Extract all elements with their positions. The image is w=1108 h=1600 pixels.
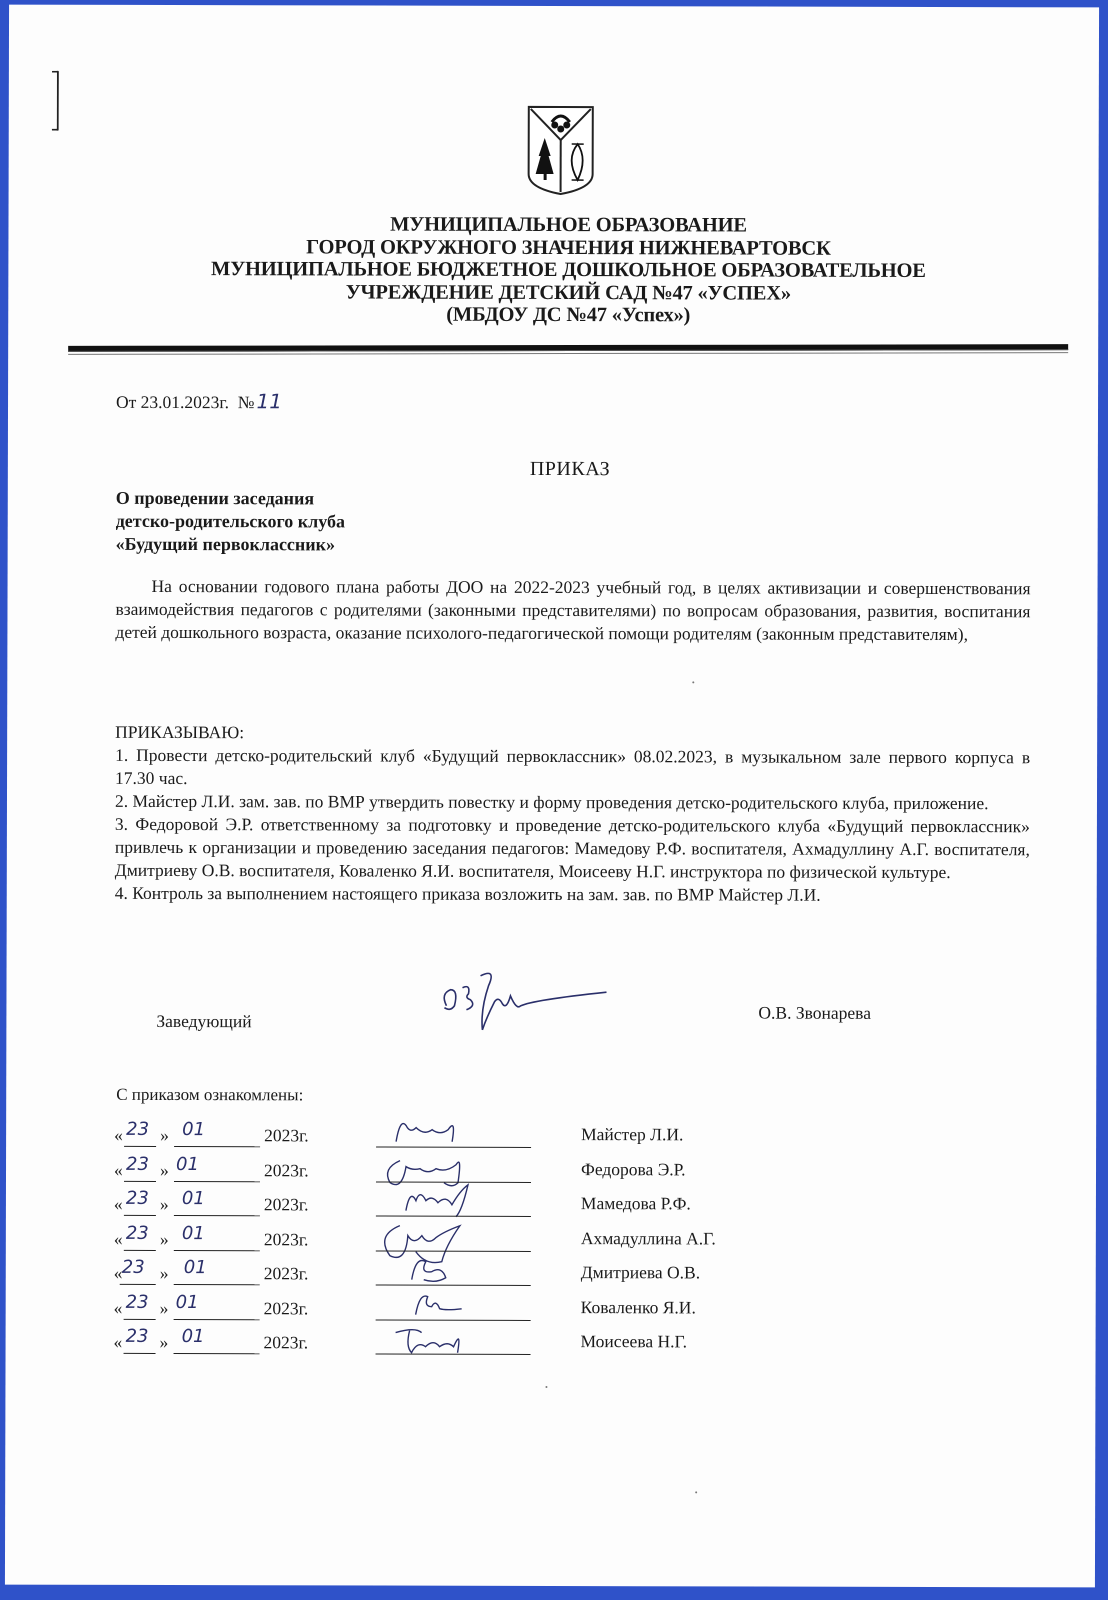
header-line: (МБДОУ ДС №47 «Успех») [68,303,1068,328]
acknowledgement-row: « 23 » 01 2023г. Моисеева Н.Г. [114,1326,914,1363]
paper-speck [545,1386,547,1388]
acknowledgement-list: « 23 » 01 2023г. Майстер Л.И. « 23 » 01 … [114,1119,915,1363]
order-subject: О проведении заседания детско-родительск… [116,487,345,557]
ack-year: 2023г. [264,1298,309,1319]
open-quote: « [114,1159,123,1180]
ack-month: 01 [176,1292,199,1313]
ack-month: 01 [182,1326,205,1347]
header-line: ГОРОД ОКРУЖНОГО ЗНАЧЕНИЯ НИЖНЕВАРТОВСК [68,235,1068,260]
header-divider-thin [68,352,1068,355]
open-quote: « [114,1228,123,1249]
ack-person-name: Дмитриева О.В. [581,1262,700,1283]
close-quote: » [160,1332,169,1353]
day-underline [120,1284,156,1285]
day-underline [124,1318,156,1319]
preamble: На основании годового плана работы ДОО н… [115,575,1030,646]
ack-month: 01 [182,1223,205,1244]
ack-year: 2023г. [264,1194,309,1215]
paper-speck [695,1491,697,1493]
document-type-title: ПРИКАЗ [530,458,610,481]
ack-day: 23 [126,1119,149,1140]
close-quote: » [160,1159,169,1180]
ack-year: 2023г. [264,1332,309,1353]
staple-mark [52,71,59,131]
ack-person-name: Федорова Э.Р. [581,1159,686,1180]
acknowledgement-label: С приказом ознакомлены: [116,1085,303,1105]
order-date-number: От 23.01.2023г. №11 [116,389,282,413]
head-signature-row: Заведующий О.В. Звонарева [6,965,1096,1038]
header-line: МУНИЦИПАЛЬНОЕ ОБРАЗОВАНИЕ [68,213,1068,238]
day-underline [124,1146,156,1147]
month-underline [174,1146,260,1147]
ack-year: 2023г. [264,1263,309,1284]
ack-day: 23 [126,1291,149,1312]
month-underline [174,1250,260,1251]
ack-day: 23 [126,1326,149,1347]
ack-day: 23 [126,1153,149,1174]
order-item: 4. Контроль за выполнением настоящего пр… [115,882,1030,907]
close-quote: » [160,1194,169,1215]
organization-header: МУНИЦИПАЛЬНОЕ ОБРАЗОВАНИЕ ГОРОД ОКРУЖНОГ… [68,213,1068,328]
order-item: 2. Майстер Л.И. зам. зав. по ВМР утверди… [115,790,1030,815]
subject-line: «Будущий первоклассник» [116,533,345,557]
month-underline [174,1215,260,1216]
signatory-name: О.В. Звонарева [758,1003,871,1024]
month-underline [174,1319,260,1320]
month-underline [174,1284,260,1285]
ack-day: 23 [122,1257,145,1278]
ack-month: 01 [176,1154,199,1175]
ack-month: 01 [184,1257,207,1278]
close-quote: » [160,1125,169,1146]
ack-person-name: Коваленко Я.И. [581,1297,696,1318]
ack-year: 2023г. [264,1160,309,1181]
month-underline [174,1353,260,1354]
ack-day: 23 [126,1222,149,1243]
nizhnevartovsk-coat-of-arms-icon [526,104,596,196]
preamble-paragraph: На основании годового плана работы ДОО н… [115,575,1030,646]
order-section: ПРИКАЗЫВАЮ: 1. Провести детско-родительс… [115,721,1030,907]
open-quote: « [114,1297,123,1318]
close-quote: » [160,1228,169,1249]
order-date: От 23.01.2023г. [116,392,229,412]
close-quote: » [160,1297,169,1318]
order-heading: ПРИКАЗЫВАЮ: [115,721,1030,746]
day-underline [124,1353,156,1354]
ack-person-name: Майстер Л.И. [581,1124,683,1145]
ack-month: 01 [182,1188,205,1209]
day-underline [124,1215,156,1216]
close-quote: » [160,1263,169,1284]
open-quote: « [114,1332,123,1353]
ack-month: 01 [182,1119,205,1140]
subject-line: детско-родительского клуба [116,510,345,534]
ack-year: 2023г. [264,1125,309,1146]
header-line: МУНИЦИПАЛЬНОЕ БЮДЖЕТНОЕ ДОШКОЛЬНОЕ ОБРАЗ… [68,258,1068,283]
order-item: 3. Федоровой Э.Р. ответственному за подг… [115,813,1030,884]
month-underline [174,1181,260,1182]
ack-person-name: Мамедова Р.Ф. [581,1193,691,1214]
subject-line: О проведении заседания [116,487,345,511]
header-line: УЧРЕЖДЕНИЕ ДЕТСКИЙ САД №47 «УСПЕХ» [68,280,1068,305]
ack-year: 2023г. [264,1229,309,1250]
ack-day: 23 [126,1188,149,1209]
paper-speck [692,681,694,683]
handwritten-signature-icon [436,966,616,1036]
open-quote: « [114,1194,123,1215]
document-page: МУНИЦИПАЛЬНОЕ ОБРАЗОВАНИЕ ГОРОД ОКРУЖНОГ… [5,5,1099,1588]
order-item: 1. Провести детско-родительский клуб «Бу… [115,744,1030,792]
day-underline [124,1249,156,1250]
open-quote: « [114,1125,123,1146]
ack-person-name: Моисеева Н.Г. [581,1331,688,1352]
day-underline [124,1180,156,1181]
ack-person-name: Ахмадуллина А.Г. [581,1228,716,1249]
signatory-title: Заведующий [156,1011,251,1032]
header-divider [68,344,1068,352]
order-number-handwritten: 11 [256,389,282,413]
order-number-label: № [238,392,255,412]
